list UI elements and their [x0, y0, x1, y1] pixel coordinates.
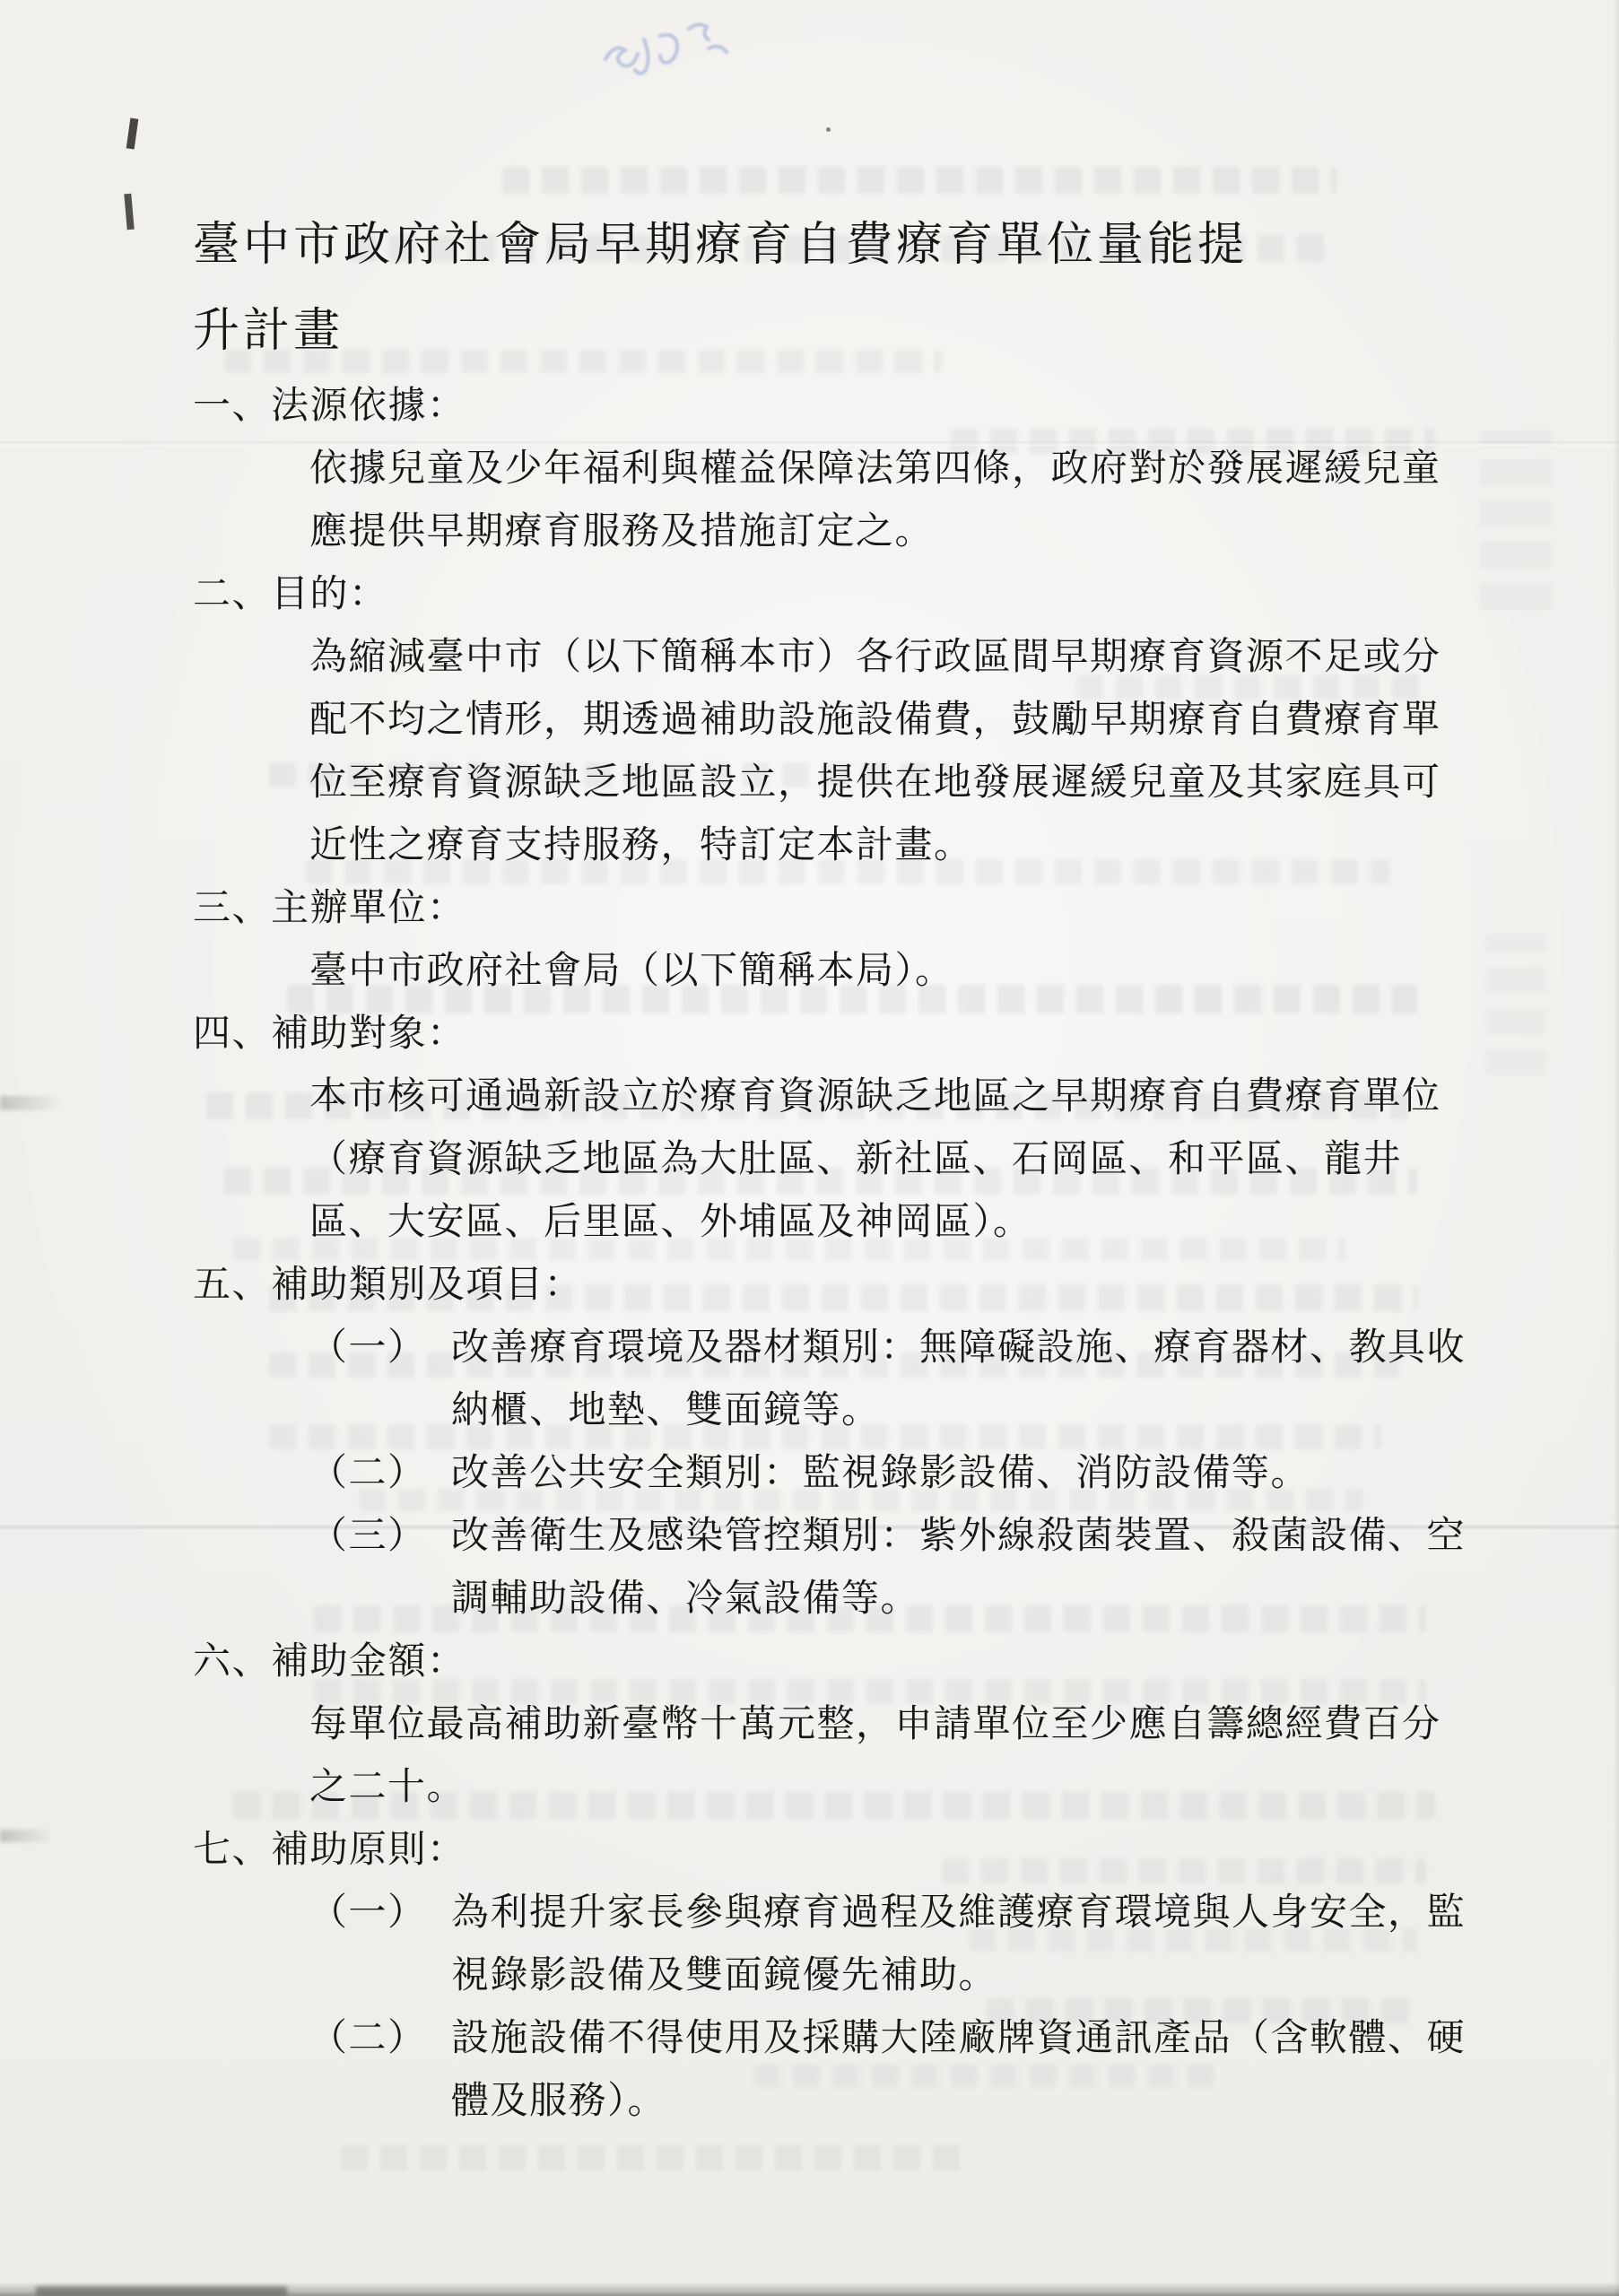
bleed-through-smudge [1480, 430, 1552, 610]
section-organizer: 三、主辦單位： 臺中市政府社會局（以下簡稱本局）。 [193, 877, 1449, 1003]
list-item-marker: （二） [309, 1442, 451, 1505]
list-item-text: 改善療育環境及器材類別：無障礙設施、療育器材、教具收納櫃、地墊、雙面鏡等。 [451, 1317, 1475, 1442]
section-heading: 二、目的： [193, 563, 1449, 626]
list-item-text: 改善衛生及感染管控類別：紫外線殺菌裝置、殺菌設備、空調輔助設備、冷氣設備等。 [451, 1505, 1475, 1631]
list-item-marker: （一） [309, 1317, 451, 1442]
list-item: （一） 改善療育環境及器材類別：無障礙設施、療育器材、教具收納櫃、地墊、雙面鏡等… [309, 1317, 1475, 1442]
document-body: 臺中市政府社會局早期療育自費療育單位量能提升計畫 一、法源依據： 依據兒童及少年… [193, 203, 1449, 2133]
list-item: （二） 改善公共安全類別：監視錄影設備、消防設備等。 [309, 1442, 1475, 1505]
section-subsidy-targets: 四、補助對象： 本市核可通過新設立於療育資源缺乏地區之早期療育自費療育單位（療育… [193, 1003, 1449, 1254]
list-item-marker: （一） [309, 1882, 451, 2007]
section-heading: 六、補助金額： [193, 1631, 1449, 1693]
list-item: （一） 為利提升家長參與療育過程及維護療育環境與人身安全，監視錄影設備及雙面鏡優… [309, 1882, 1475, 2007]
list-item-text: 改善公共安全類別：監視錄影設備、消防設備等。 [451, 1442, 1475, 1505]
bleed-through-smudge [341, 2145, 969, 2170]
scan-edge-shadow [1613, 0, 1619, 2296]
section-heading: 三、主辦單位： [193, 877, 1449, 940]
document-title: 臺中市政府社會局早期療育自費療育單位量能提升計畫 [193, 203, 1278, 375]
list-item: （三） 改善衛生及感染管控類別：紫外線殺菌裝置、殺菌設備、空調輔助設備、冷氣設備… [309, 1505, 1475, 1631]
handwriting-mark [574, 13, 744, 83]
bleed-through-smudge [502, 167, 1336, 194]
list-item-text: 設施設備不得使用及採購大陸廠牌資通訊產品（含軟體、硬體及服務）。 [451, 2007, 1475, 2133]
section-heading: 四、補助對象： [193, 1003, 1449, 1065]
list-item: （二） 設施設備不得使用及採購大陸廠牌資通訊產品（含軟體、硬體及服務）。 [309, 2007, 1475, 2133]
ink-speck [126, 118, 139, 150]
section-heading: 五、補助類別及項目： [193, 1254, 1449, 1317]
fold-crease [0, 1830, 54, 1842]
scan-edge-shadow [0, 2282, 1619, 2296]
scanned-page: 臺中市政府社會局早期療育自費療育單位量能提升計畫 一、法源依據： 依據兒童及少年… [0, 0, 1619, 2296]
section-subsidy-principles: 七、補助原則： （一） 為利提升家長參與療育過程及維護療育環境與人身安全，監視錄… [193, 1819, 1449, 2133]
list-item-text: 為利提升家長參與療育過程及維護療育環境與人身安全，監視錄影設備及雙面鏡優先補助。 [451, 1882, 1475, 2007]
scan-edge-shadow [36, 2286, 287, 2296]
section-heading: 一、法源依據： [193, 375, 1449, 438]
section-paragraph: 為縮減臺中市（以下簡稱本市）各行政區間早期療育資源不足或分配不均之情形，期透過補… [309, 626, 1475, 877]
section-purpose: 二、目的： 為縮減臺中市（以下簡稱本市）各行政區間早期療育資源不足或分配不均之情… [193, 563, 1449, 877]
ink-speck [826, 127, 831, 132]
section-paragraph: 臺中市政府社會局（以下簡稱本局）。 [309, 940, 1475, 1003]
list-item-marker: （二） [309, 2007, 451, 2133]
bleed-through-smudge [1484, 933, 1547, 1076]
section-paragraph: 每單位最高補助新臺幣十萬元整，申請單位至少應自籌總經費百分之二十。 [309, 1693, 1475, 1819]
section-paragraph: 依據兒童及少年福利與權益保障法第四條，政府對於發展遲緩兒童應提供早期療育服務及措… [309, 438, 1475, 563]
list-item-marker: （三） [309, 1505, 451, 1631]
section-subsidy-amount: 六、補助金額： 每單位最高補助新臺幣十萬元整，申請單位至少應自籌總經費百分之二十… [193, 1631, 1449, 1819]
fold-crease [0, 1096, 63, 1110]
section-legal-basis: 一、法源依據： 依據兒童及少年福利與權益保障法第四條，政府對於發展遲緩兒童應提供… [193, 375, 1449, 563]
section-paragraph: 本市核可通過新設立於療育資源缺乏地區之早期療育自費療育單位（療育資源缺乏地區為大… [309, 1065, 1475, 1254]
section-subsidy-categories: 五、補助類別及項目： （一） 改善療育環境及器材類別：無障礙設施、療育器材、教具… [193, 1254, 1449, 1631]
section-heading: 七、補助原則： [193, 1819, 1449, 1882]
item-list: （一） 改善療育環境及器材類別：無障礙設施、療育器材、教具收納櫃、地墊、雙面鏡等… [309, 1317, 1475, 1631]
ink-speck [124, 194, 134, 230]
item-list: （一） 為利提升家長參與療育過程及維護療育環境與人身安全，監視錄影設備及雙面鏡優… [309, 1882, 1475, 2133]
